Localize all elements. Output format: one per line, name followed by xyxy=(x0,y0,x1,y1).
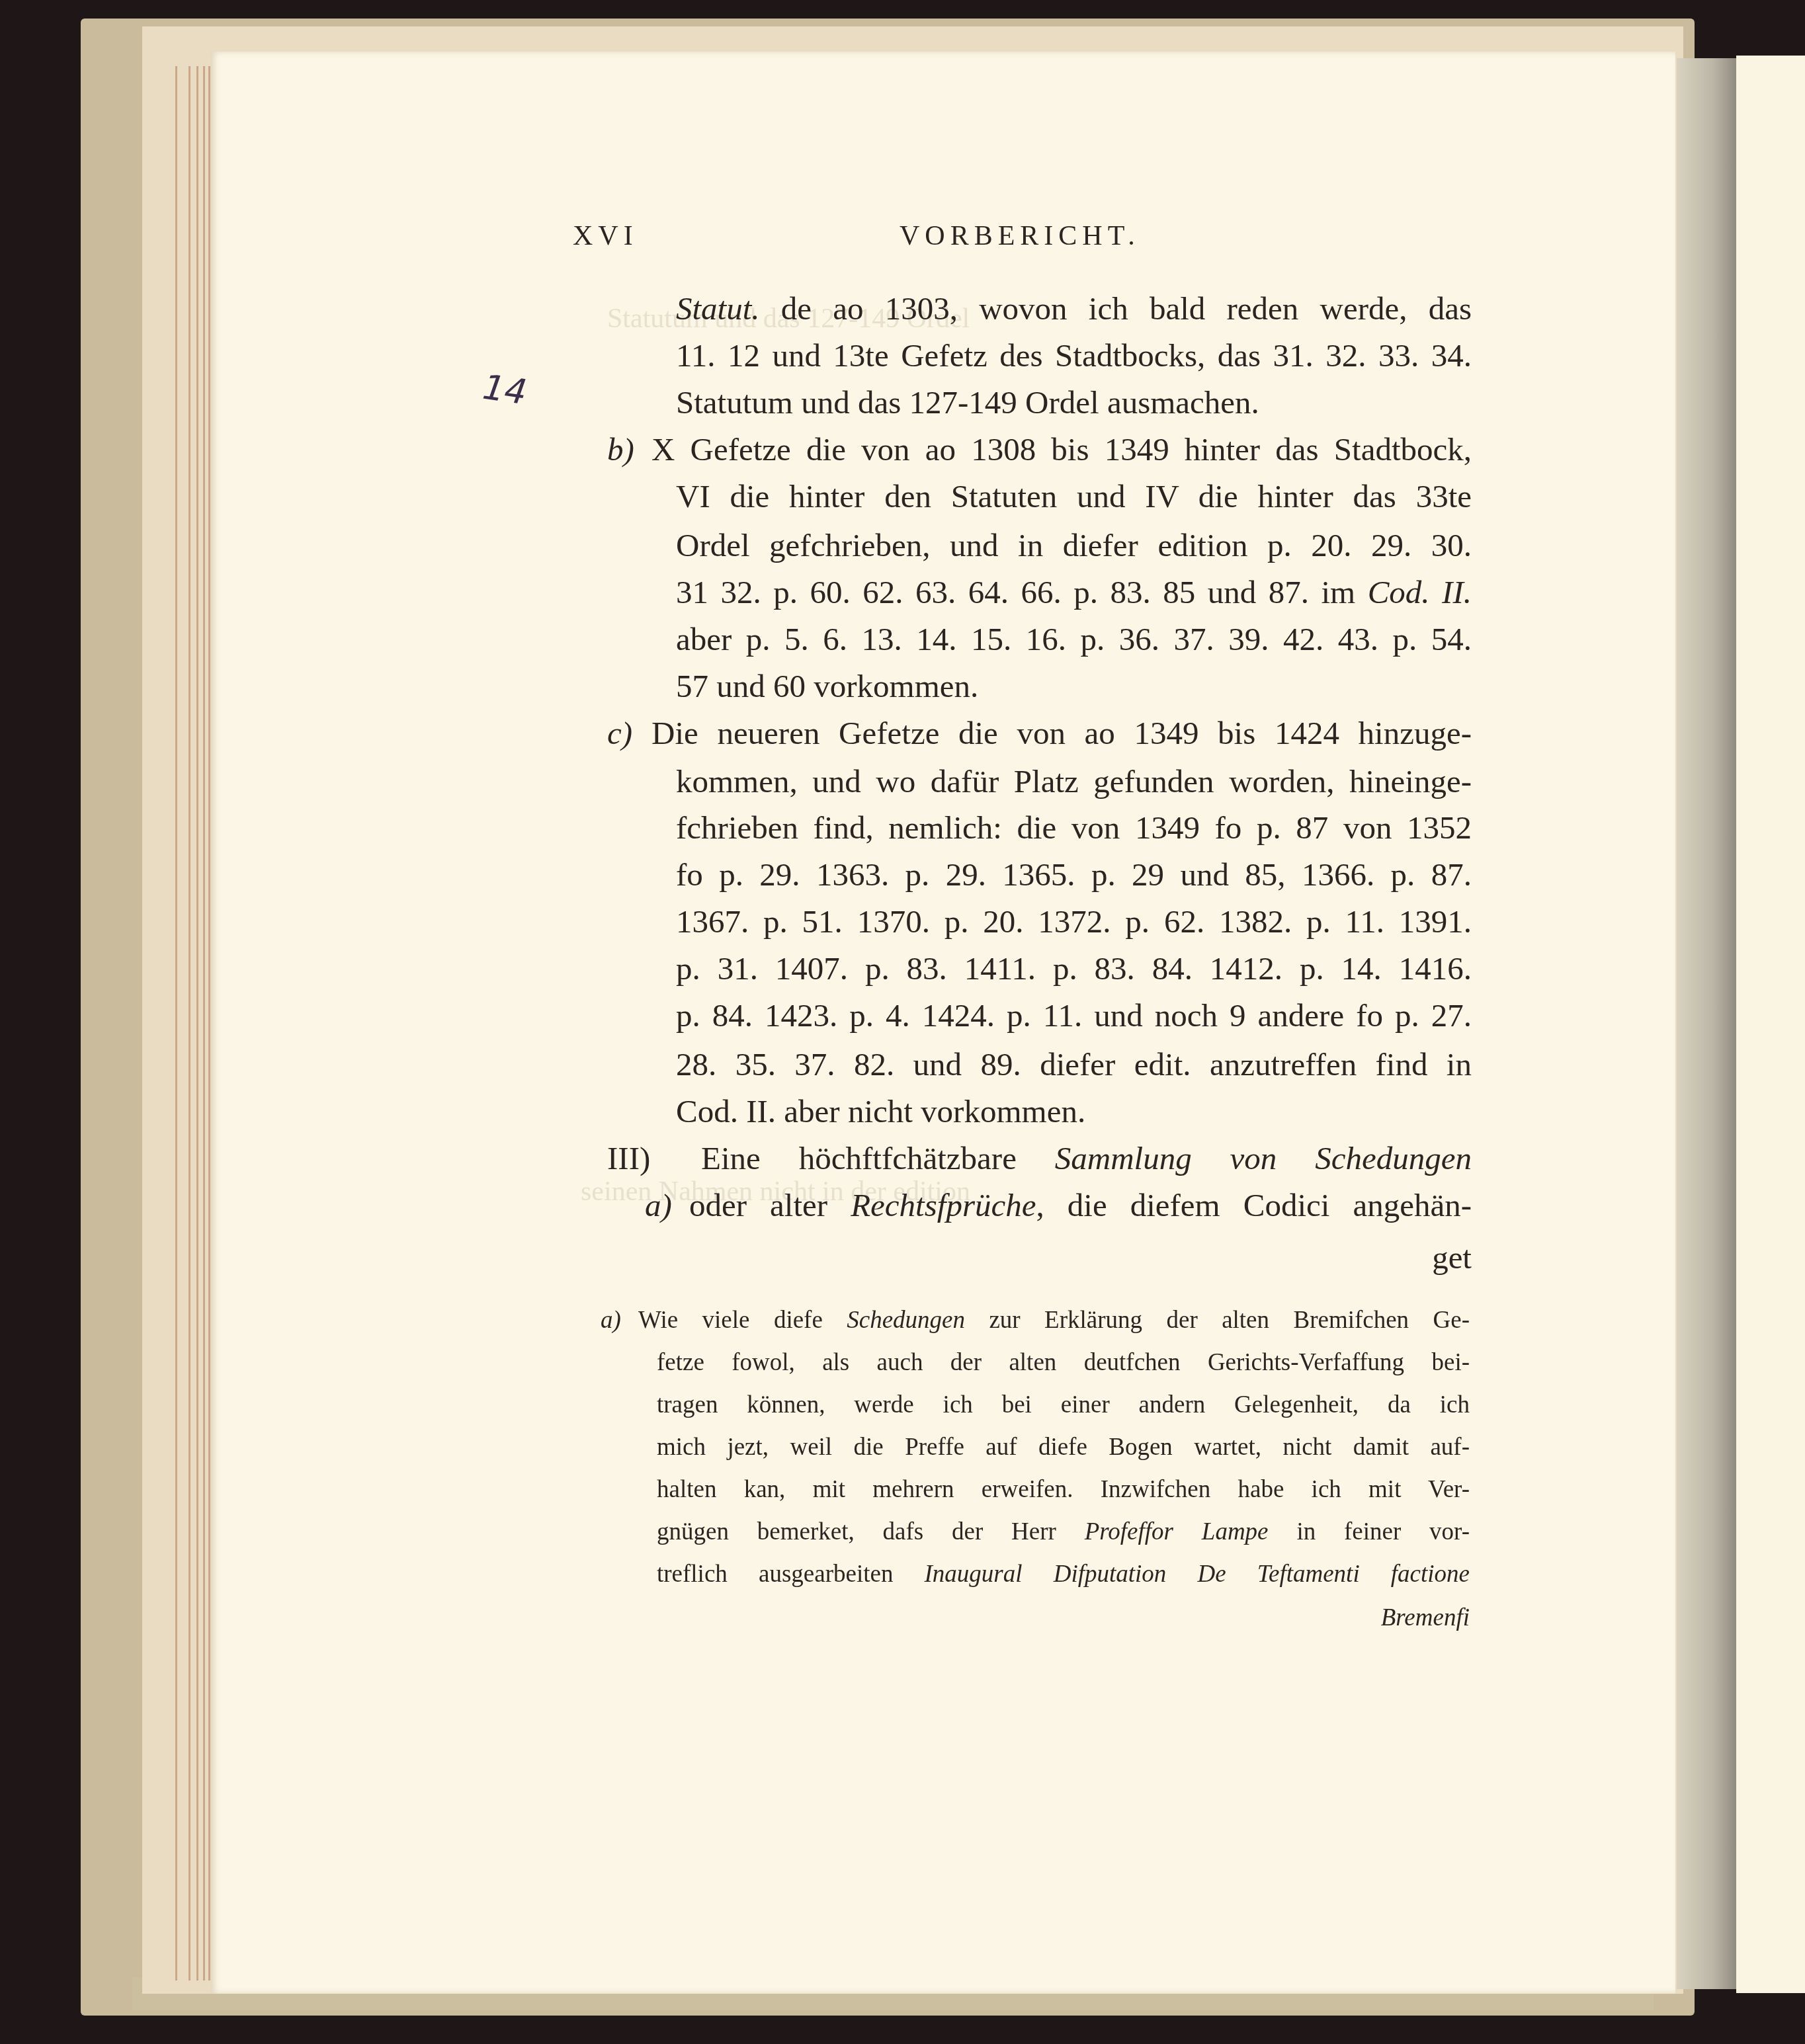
footnote-line: Bremenfi xyxy=(1381,1602,1470,1635)
footnote-line: treflich ausgearbeiten Inaugural Difputa… xyxy=(657,1558,1470,1591)
handwritten-margin-note: 14 xyxy=(480,368,529,413)
footnote-line: mich jezt, weil die Preffe auf diefe Bog… xyxy=(657,1431,1470,1464)
body-line: get xyxy=(1432,1238,1472,1278)
list-label: b) xyxy=(607,430,634,470)
footnote-label: a) xyxy=(601,1304,621,1337)
body-line: Statut. de ao 1303, wovon ich bald reden… xyxy=(676,289,1472,329)
body-line: aber p. 5. 6. 13. 14. 15. 16. p. 36. 37.… xyxy=(676,620,1472,659)
body-line: 1367. p. 51. 1370. p. 20. 1372. p. 62. 1… xyxy=(676,902,1472,942)
page-number: XVI xyxy=(573,220,638,252)
body-line: fo p. 29. 1363. p. 29. 1365. p. 29 und 8… xyxy=(676,855,1472,895)
facing-page-edge xyxy=(1736,56,1805,1993)
footnote-line: gnügen bemerket, dafs der Herr Profeffor… xyxy=(657,1516,1470,1549)
page-edge-line xyxy=(189,66,190,1981)
body-line: Die neueren Gefetze die von ao 1349 bis … xyxy=(651,714,1472,753)
list-label: III) xyxy=(607,1139,650,1178)
body-line: kommen, und wo dafür Platz gefunden word… xyxy=(676,762,1472,801)
footnote-line: tragen können, werde ich bei einer ander… xyxy=(657,1389,1470,1422)
footnote-line: Wie viele diefe Schedungen zur Erklärung… xyxy=(638,1304,1470,1337)
body-line: 31 32. p. 60. 62. 63. 64. 66. p. 83. 85 … xyxy=(676,573,1472,612)
page-edge-line xyxy=(196,66,198,1981)
body-line: Statutum und das 127-149 Ordel ausmachen… xyxy=(676,383,1259,423)
page-edge-line xyxy=(175,66,177,1981)
body-line: Cod. II. aber nicht vorkommen. xyxy=(676,1092,1085,1131)
body-line: Eine höchftfchätzbare Sammlung von Sched… xyxy=(701,1139,1472,1178)
footnote-line: fetze fowol, als auch der alten deutfche… xyxy=(657,1346,1470,1379)
body-line: X Gefetze die von ao 1308 bis 1349 hinte… xyxy=(651,430,1472,470)
running-title: VORBERICHT. xyxy=(900,220,1140,252)
footnote-line: halten kan, mit mehrern erweifen. Inzwif… xyxy=(657,1473,1470,1506)
body-line: 11. 12 und 13te Gefetz des Stadtbocks, d… xyxy=(676,336,1472,376)
body-line: 57 und 60 vorkommen. xyxy=(676,667,978,706)
body-line: p. 31. 1407. p. 83. 1411. p. 83. 84. 141… xyxy=(676,949,1472,989)
body-line: fchrieben find, nemlich: die von 1349 fo… xyxy=(676,808,1472,848)
body-line: oder alter Rechtsfprüche, die diefem Cod… xyxy=(689,1186,1472,1225)
body-line: 28. 35. 37. 82. und 89. diefer edit. anz… xyxy=(676,1045,1472,1084)
body-line: VI die hinter den Statuten und IV die hi… xyxy=(676,477,1472,516)
list-label: c) xyxy=(607,714,632,753)
book-gutter xyxy=(1677,58,1736,1989)
page-edge-line xyxy=(203,66,205,1981)
list-label: a) xyxy=(645,1186,672,1225)
body-line: Ordel gefchrieben, und in diefer edition… xyxy=(676,526,1472,565)
body-line: p. 84. 1423. p. 4. 1424. p. 11. und noch… xyxy=(676,996,1472,1036)
